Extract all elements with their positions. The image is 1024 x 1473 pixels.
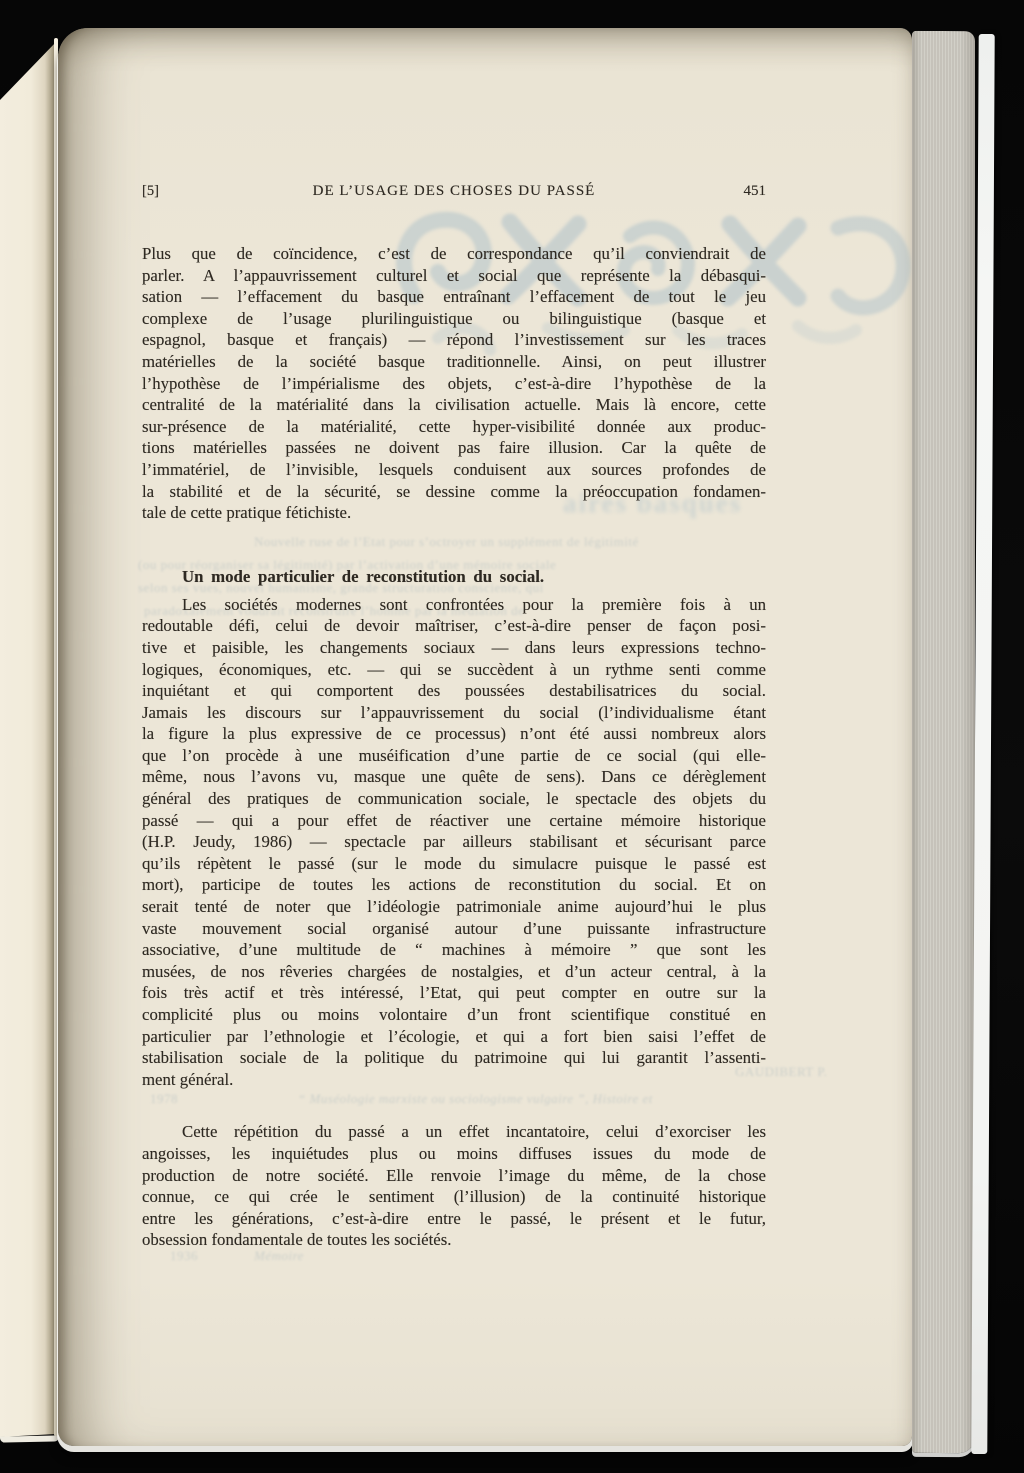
left-page-sliver <box>0 30 56 1438</box>
fore-edge-page-stack <box>912 31 975 1453</box>
book-scan: aires basques Nouvelle ruse de l’Etat po… <box>0 0 1024 1473</box>
running-head: [5] DE L’USAGE DES CHOSES DU PASSÉ 451 <box>142 181 766 201</box>
section-subheading: Un mode particulier de reconstitution du… <box>142 565 766 588</box>
section-marker: [5] <box>142 181 202 201</box>
page-content: [5] DE L’USAGE DES CHOSES DU PASSÉ 451 P… <box>142 181 766 1251</box>
book-page: aires basques Nouvelle ruse de l’Etat po… <box>58 28 912 1446</box>
left-page-bottom-edge <box>0 1435 60 1442</box>
paragraph: Plus que de coïncidence, c’est de corres… <box>142 243 766 524</box>
page-number: 451 <box>706 181 766 201</box>
paragraph: Les sociétés modernes sont confrontées p… <box>142 594 766 1091</box>
running-title: DE L’USAGE DES CHOSES DU PASSÉ <box>202 181 706 201</box>
paragraph: Cette répétition du passé a un effet inc… <box>142 1121 766 1251</box>
